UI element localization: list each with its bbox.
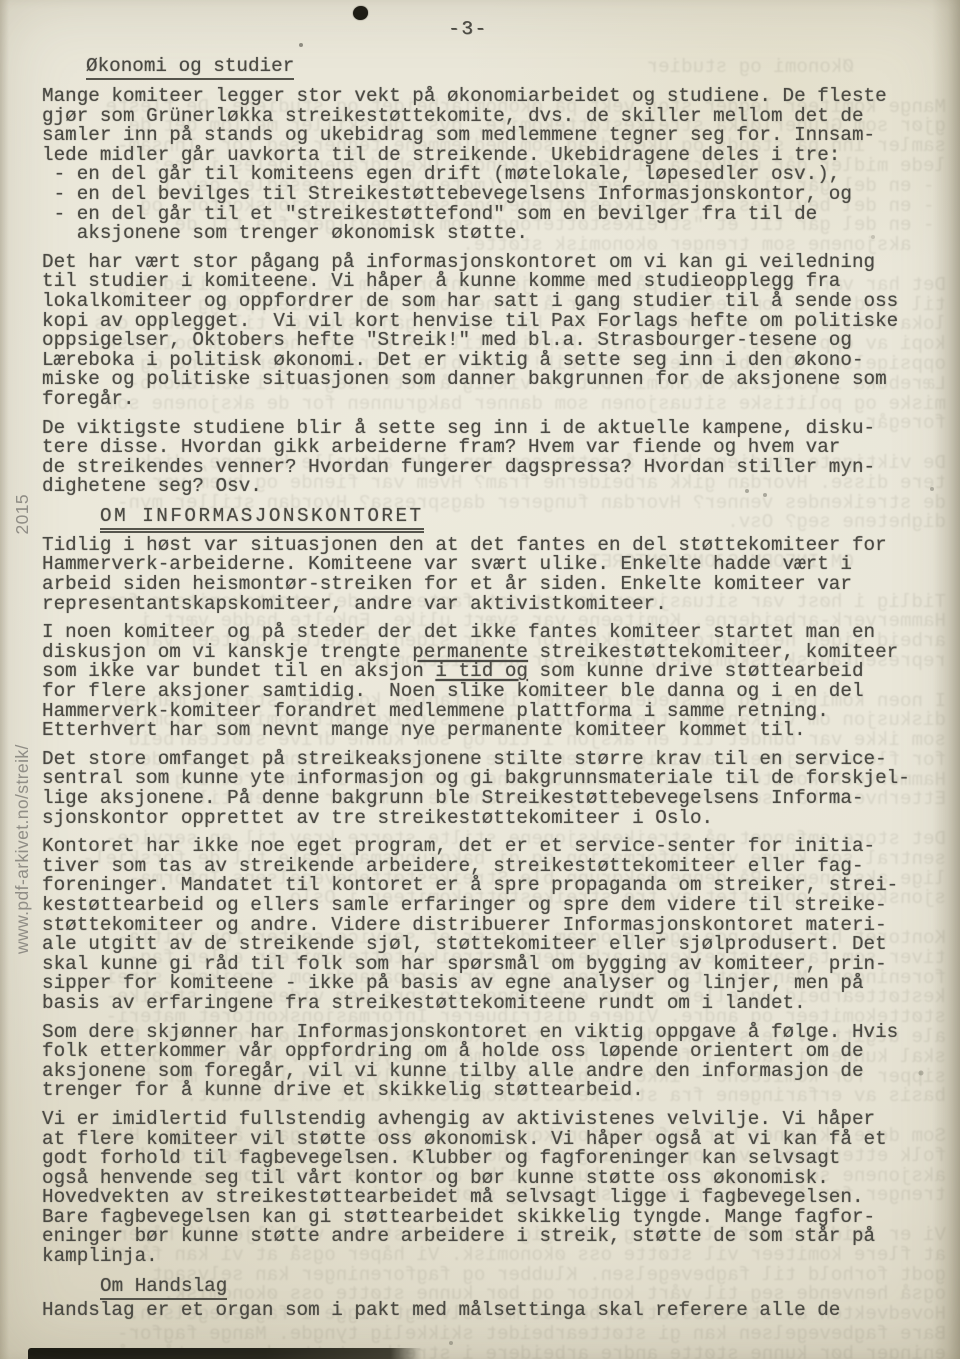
section-heading-text: OM INFORMASJONSKONTORET [100,505,424,533]
archive-watermark: www.pdf-arkivet.no/streik/ 2015 [12,494,33,954]
text-line: tere disse. Hvordan gikk arbeiderne fram… [42,438,944,458]
text-line: basis av erfaringene fra streikestøtteko… [42,994,944,1014]
text-line: godt forhold til fagbevegelsen. Klubber … [42,1149,944,1169]
text-line: Hovedvekten av streikestøttearbeidet må … [42,1188,944,1208]
document-body: Økonomi og studierMange komiteer legger … [42,56,944,1329]
text-line: lige aksjonene. På denne bakgrunn ble St… [42,789,944,809]
scan-edge-bottom [28,1348,422,1359]
text-line: folk etterkommer vår oppfordring om å ho… [42,1042,944,1062]
section-heading: OM INFORMASJONSKONTORET [42,506,944,526]
section-heading: Økonomi og studier [42,56,944,76]
paragraph: Det store omfanget på streikeaksjonene s… [42,750,944,828]
paragraph: Tidlig i høst var situasjonen den at det… [42,536,944,614]
text-line: aksjonene som trenger økonomisk støtte. [42,224,944,244]
text-line: kestøttearbeid og ellers samle erfaringe… [42,896,944,916]
section-heading: Om Handslag [42,1276,944,1296]
text-line: Mange komiteer legger stor vekt på økono… [42,87,944,107]
text-line: sjonskontor opprettet av tre streikestøt… [42,809,944,829]
section-heading-text: Om Handslag [100,1275,227,1300]
paragraph: Mange komiteer legger stor vekt på økono… [42,87,944,244]
paragraph: Som dere skjønner har Informasjonskontor… [42,1023,944,1101]
paragraph: De viktigste studiene blir å sette seg i… [42,419,944,497]
scan-edge-left [0,0,9,1359]
paragraph: Det har vært stor pågang på informasjons… [42,253,944,410]
text-line: kamplinja. [42,1247,944,1267]
scanned-document-page: Økonomi og studier Mange komiteer legger… [0,0,960,1359]
text-line: oppsigelser, Oktobers hefte "Streik!" me… [42,331,944,351]
text-line: eninger bør kunne støtte andre arbeidere… [42,1227,944,1247]
paragraph: Kontoret har ikke noe eget program, det … [42,837,944,1013]
text-line: Kontoret har ikke noe eget program, det … [42,837,944,857]
text-line: representantskapskomiteer, andre var akt… [42,595,944,615]
text-line: til studier i komiteene. Vi håper å kunn… [42,272,944,292]
page-number: -3- [448,18,488,40]
text-line: Vi er imidlertid fullstendig avhengig av… [42,1110,944,1130]
text-line: sipper for komiteene - ikke på basis av … [42,974,944,994]
watermark-url: www.pdf-arkivet.no/streik/ [12,744,33,954]
watermark-year: 2015 [12,494,33,535]
paper-specks [0,0,2,2]
text-line: ale utgitt av de streikende sjøl, støtte… [42,935,944,955]
paragraph: Handslag er et organ som i pakt med måls… [42,1301,944,1321]
section-heading-text: Økonomi og studier [86,55,294,80]
ink-blot [353,6,368,20]
text-line: miske og politiske situasjonen som danne… [42,370,944,390]
text-line: samler inn på stands og ukebidrag som me… [42,126,944,146]
text-line: foregår. [42,390,944,410]
text-line: lokalkomiteer og oppfordrer de som har s… [42,292,944,312]
text-line: Etterhvert har som nevnt mange nye perma… [42,721,944,741]
paragraph: I noen komiteer og på steder der det ikk… [42,623,944,741]
text-line: arbeid siden heismontør-streiken for et … [42,575,944,595]
paragraph: Vi er imidlertid fullstendig avhengig av… [42,1110,944,1267]
text-line: trenger for å kunne drive et skikkelig s… [42,1081,944,1101]
text-line: dighetene seg? Osv. [42,477,944,497]
text-line: for flere aksjoner samtidig. Noen slike … [42,682,944,702]
text-line: Handslag er et organ som i pakt med måls… [42,1301,944,1321]
text-line: - en del bevilges til Streikestøttebeveg… [42,185,944,205]
